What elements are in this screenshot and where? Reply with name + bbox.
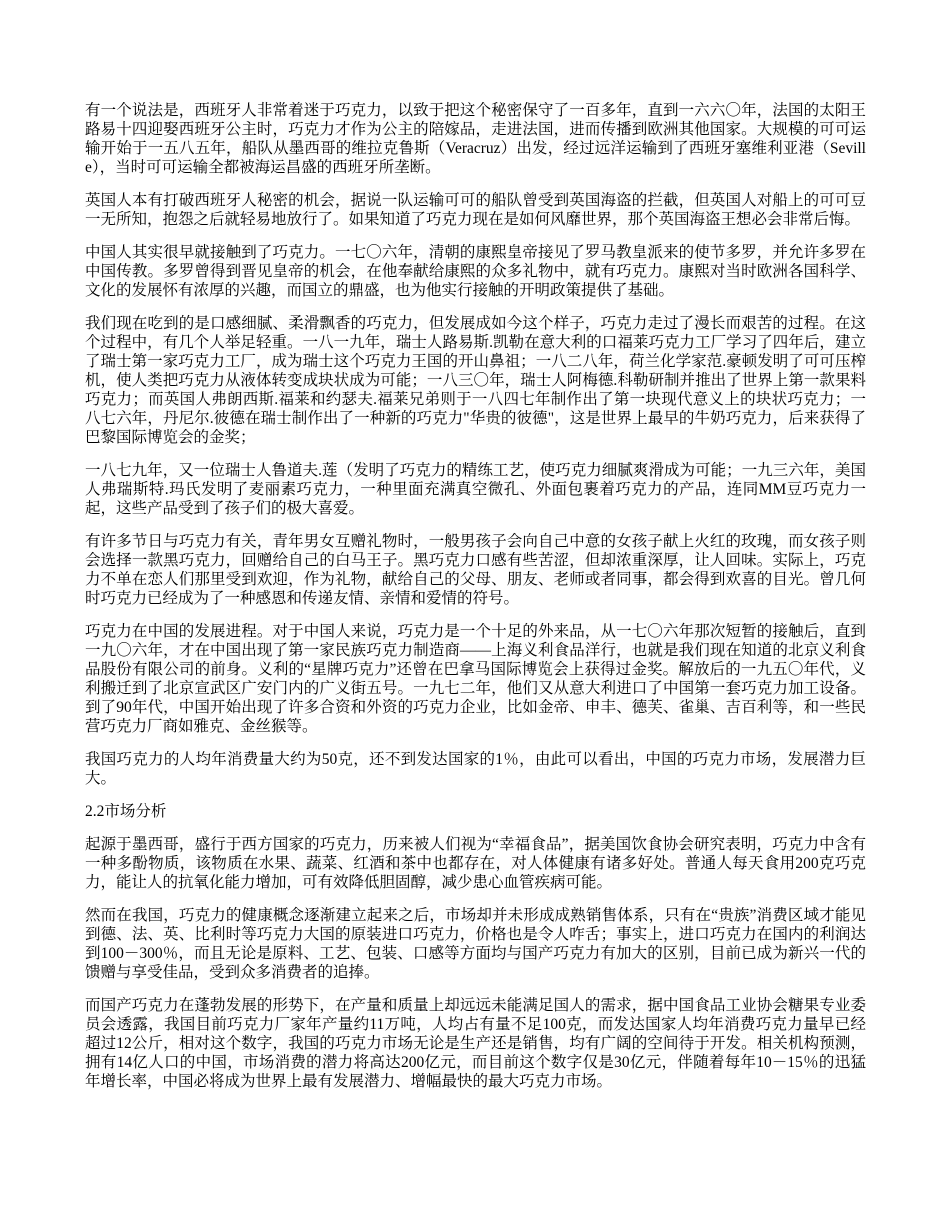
document-page: { "page": { "background_color": "#ffffff…	[0, 0, 950, 1230]
document-body: 有一个说法是，西班牙人非常着迷于巧克力，以致于把这个秘密保守了一百多年，直到一六…	[0, 0, 950, 1230]
paragraph-chocolate-pioneers: 我们现在吃到的是口感细腻、柔滑飘香的巧克力，但发展成如今这个样子，巧克力走过了漫…	[85, 314, 866, 447]
paragraph-per-capita-consumption: 我国巧克力的人均年消费量大约为50克，还不到发达国家的1％，由此可以看出，中国的…	[85, 750, 866, 788]
paragraph-domestic-market-potential: 而国产巧克力在蓬勃发展的形势下，在产量和质量上却远远未能满足国人的需求，据中国食…	[85, 996, 866, 1091]
paragraph-lindt-mars: 一八七九年，又一位瑞士人鲁道夫.莲（发明了巧克力的精练工艺，使巧克力细腻爽滑成为…	[85, 461, 866, 518]
paragraph-china-development: 巧克力在中国的发展进程。对于中国人来说，巧克力是一个十足的外来品，从一七〇六年那…	[85, 622, 866, 736]
paragraph-chocolate-spain-history: 有一个说法是，西班牙人非常着迷于巧克力，以致于把这个秘密保守了一百多年，直到一六…	[85, 101, 866, 177]
paragraph-british-pirates: 英国人本有打破西班牙人秘密的机会，据说一队运输可可的船队曾受到英国海盗的拦截，但…	[85, 191, 866, 229]
paragraph-imported-chocolate: 然而在我国，巧克力的健康概念逐渐建立起来之后，市场却并未形成成熟销售体系，只有在…	[85, 906, 866, 982]
paragraph-china-kangxi: 中国人其实很早就接触到了巧克力。一七〇六年，清朝的康熙皇帝接见了罗马教皇派来的使…	[85, 243, 866, 300]
section-heading-market-analysis: 2.2市场分析	[85, 802, 866, 821]
paragraph-health-benefits: 起源于墨西哥，盛行于西方国家的巧克力，历来被人们视为“幸福食品”，据美国饮食协会…	[85, 835, 866, 892]
paragraph-festivals-gifts: 有许多节日与巧克力有关，青年男女互赠礼物时，一般男孩子会向自己中意的女孩子献上火…	[85, 532, 866, 608]
